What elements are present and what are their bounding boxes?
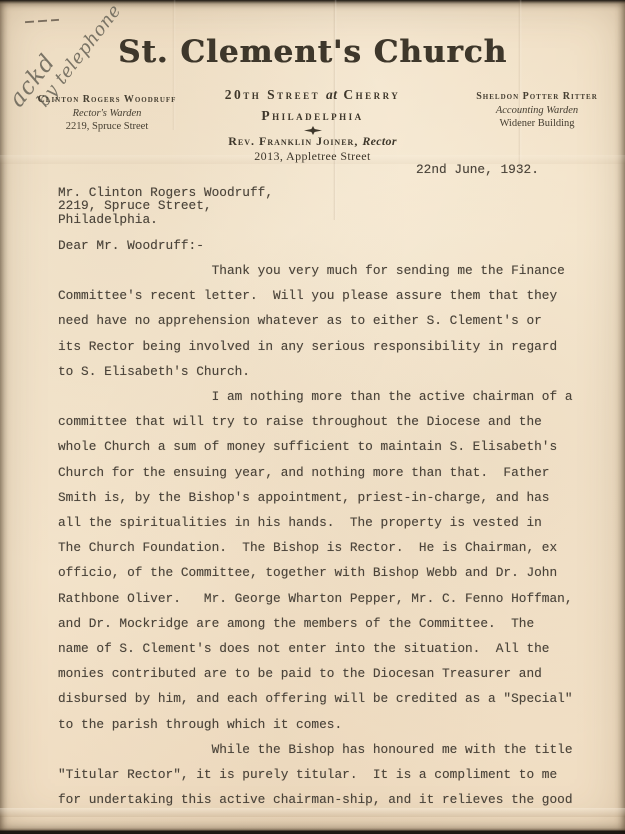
officer-address: Widener Building <box>452 118 622 129</box>
text-line: Philadelphia. <box>58 213 273 226</box>
text-line: Rathbone Oliver. Mr. George Wharton Pepp… <box>58 586 598 611</box>
officer-block-left: Clinton Rogers Woodruff Rector's Warden … <box>22 94 192 132</box>
text-line: While the Bishop has honoured me with th… <box>58 737 598 762</box>
street-suffix: Cherry <box>343 87 400 102</box>
text-line: whole Church a sum of money sufficient t… <box>58 434 598 459</box>
recipient-address: Mr. Clinton Rogers Woodruff,2219, Spruce… <box>58 186 273 226</box>
rector-line: Rev. Franklin Joiner, Rector <box>0 134 625 149</box>
text-line: committee that will try to raise through… <box>58 409 598 434</box>
street-prefix: 20th Street <box>225 87 320 102</box>
text-line: Mr. Clinton Rogers Woodruff, <box>58 186 273 199</box>
street-at-word: at <box>326 87 338 102</box>
letter-body: Thank you very much for sending me the F… <box>58 258 598 812</box>
officer-block-right: Sheldon Potter Ritter Accounting Warden … <box>452 91 622 129</box>
rector-title: Rector <box>362 134 396 148</box>
scan-edge-bottom <box>0 828 625 834</box>
date-line: 22nd June, 1932. <box>416 162 539 177</box>
text-line: monies contributed are to be paid to the… <box>58 661 598 686</box>
text-line: Smith is, by the Bishop's appointment, p… <box>58 485 598 510</box>
text-line: officio, of the Committee, together with… <box>58 560 598 585</box>
text-line: "Titular Rector", it is purely titular. … <box>58 762 598 787</box>
officer-address: 2219, Spruce Street <box>22 121 192 132</box>
text-line: to S. Elisabeth's Church. <box>58 359 598 384</box>
officer-title: Accounting Warden <box>452 105 622 116</box>
text-line: disbursed by him, and each offering will… <box>58 686 598 711</box>
officer-name: Sheldon Potter Ritter <box>452 91 622 102</box>
officer-name: Clinton Rogers Woodruff <box>22 94 192 105</box>
text-line: Thank you very much for sending me the F… <box>58 258 598 283</box>
text-line: Committee's recent letter. Will you plea… <box>58 283 598 308</box>
text-line: I am nothing more than the active chairm… <box>58 384 598 409</box>
text-line: for undertaking this active chairman-shi… <box>58 787 598 812</box>
church-name-title: St. Clement's Church <box>0 34 625 70</box>
salutation: Dear Mr. Woodruff:- <box>58 238 204 253</box>
text-line: and Dr. Mockridge are among the members … <box>58 611 598 636</box>
text-line: need have no apprehension whatever as to… <box>58 308 598 333</box>
pencil-dash-mark <box>25 19 59 23</box>
letter-page: ackd by telephone St. Clement's Church 2… <box>0 0 625 834</box>
text-line: all the spiritualities in his hands. The… <box>58 510 598 535</box>
text-line: 2219, Spruce Street, <box>58 199 273 212</box>
text-line: The Church Foundation. The Bishop is Rec… <box>58 535 598 560</box>
rector-name: Rev. Franklin Joiner, <box>228 134 358 148</box>
officer-title: Rector's Warden <box>22 108 192 119</box>
text-line: to the parish through which it comes. <box>58 712 598 737</box>
text-line: name of S. Clement's does not enter into… <box>58 636 598 661</box>
text-line: Church for the ensuing year, and nothing… <box>58 460 598 485</box>
text-line: its Rector being involved in any serious… <box>58 334 598 359</box>
